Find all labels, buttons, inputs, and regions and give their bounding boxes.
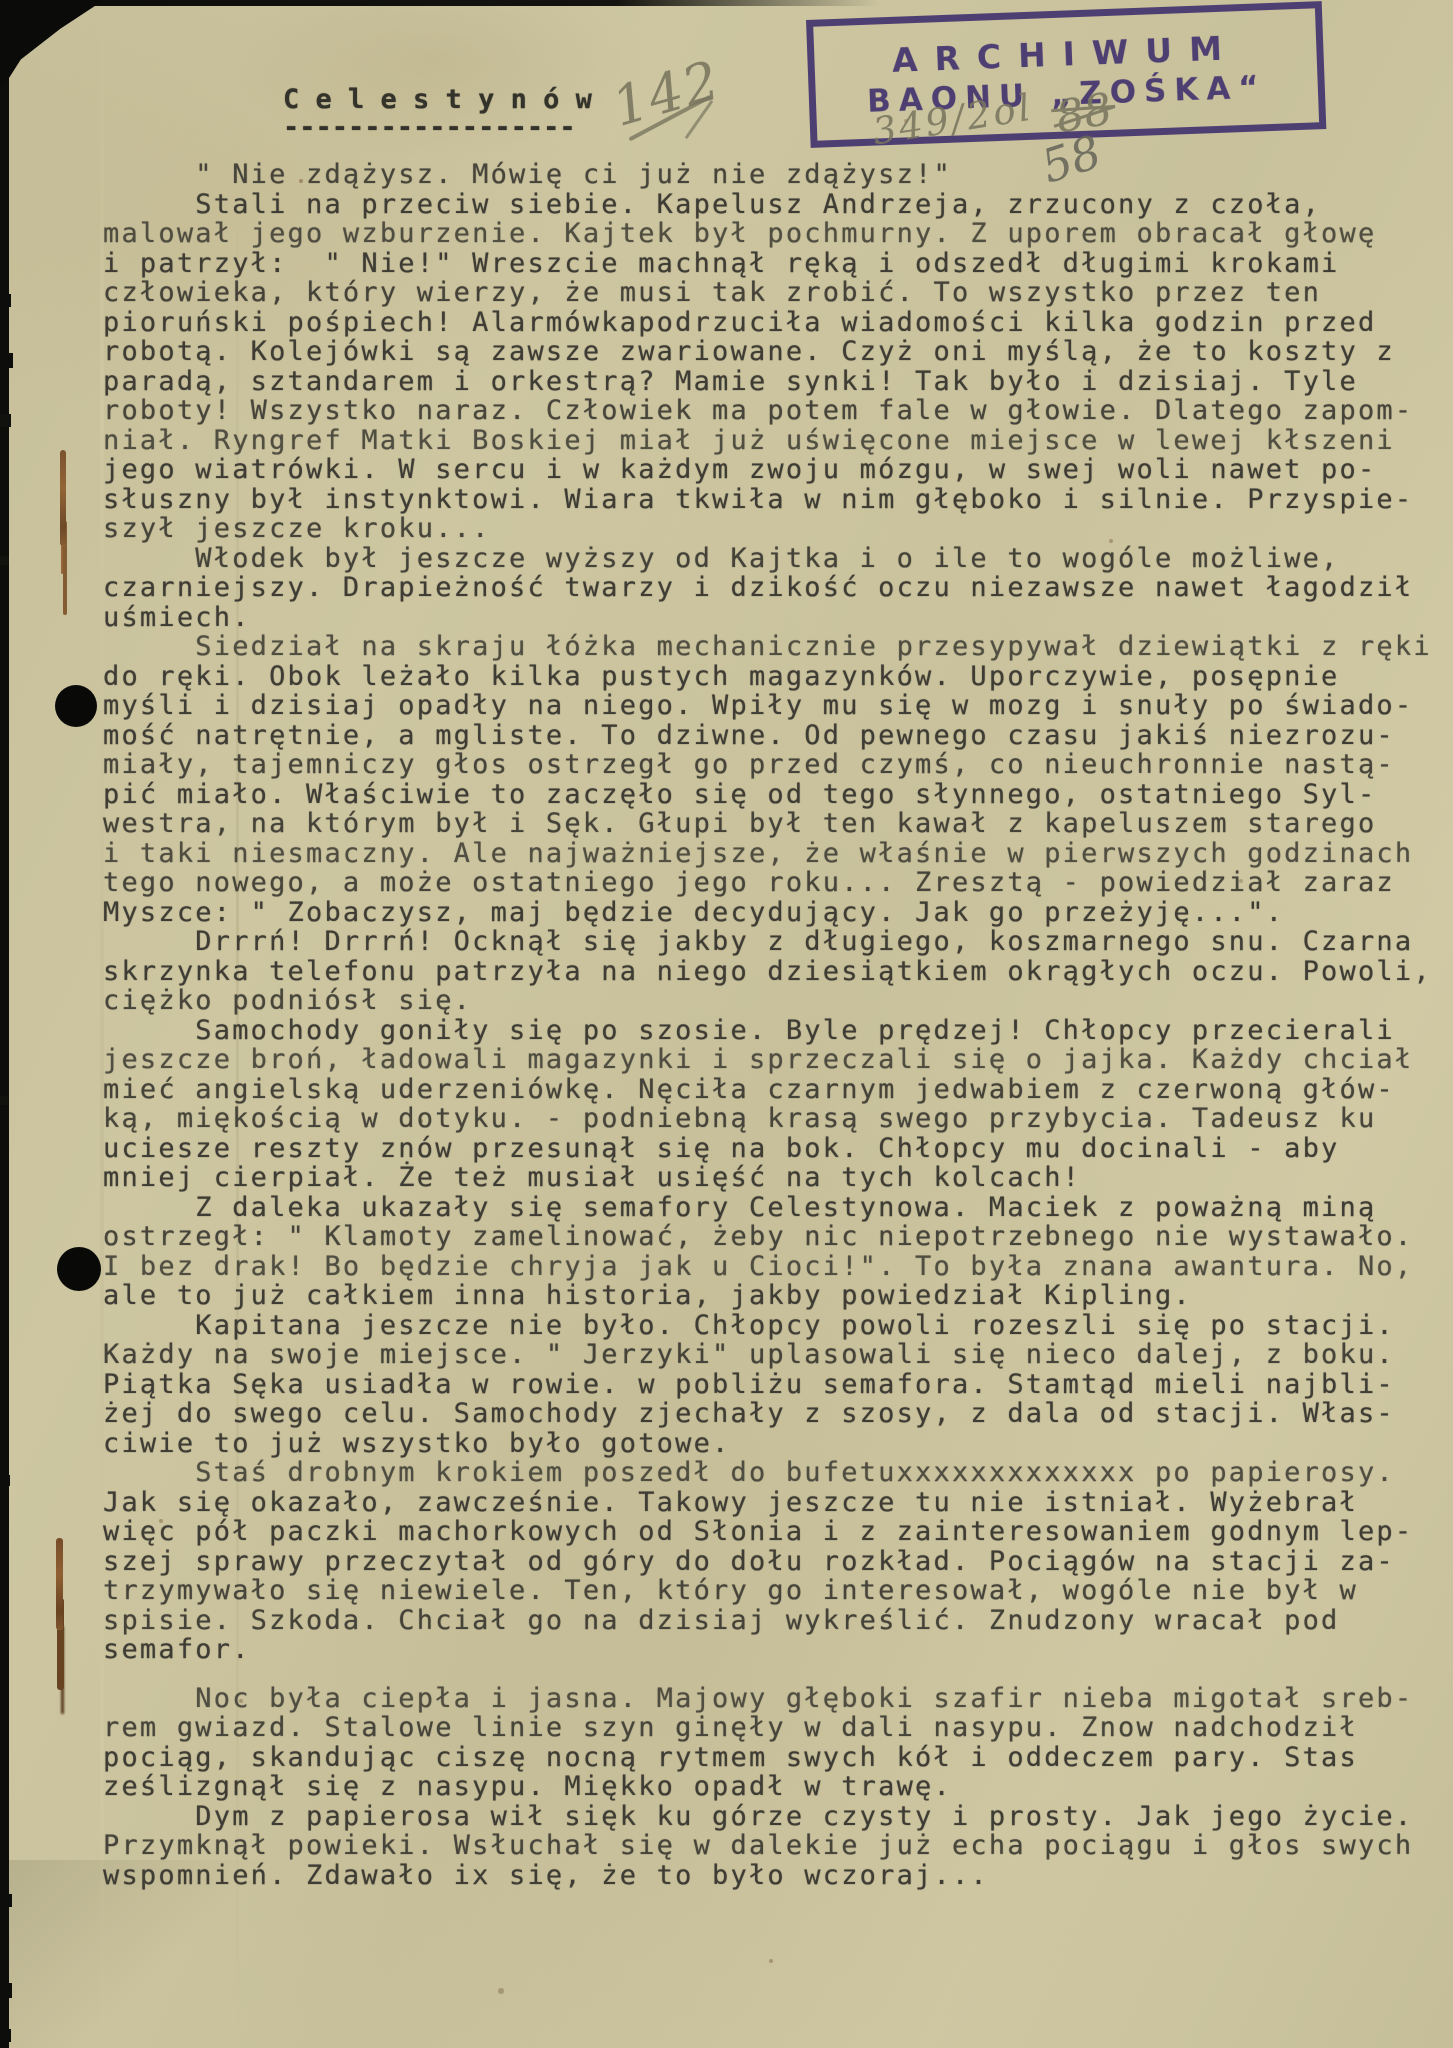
text-line: Stali na przeciw siebie. Kapelusz Andrze… bbox=[103, 190, 1453, 220]
text-line: jeszcze broń, ładowali magazynki i sprze… bbox=[103, 1045, 1453, 1075]
typewritten-body: " Nie zdążysz. Mówię ci już nie zdążysz!… bbox=[103, 160, 1453, 1890]
text-line: człowieka, który wierzy, że musi tak zro… bbox=[103, 278, 1453, 308]
text-line: mość natrętnie, a mgliste. To dziwne. Od… bbox=[103, 721, 1453, 751]
text-line: " Nie zdążysz. Mówię ci już nie zdążysz!… bbox=[103, 160, 1453, 190]
text-line: Włodek był jeszcze wyższy od Kajtka i o … bbox=[103, 544, 1453, 574]
text-line: skrzynka telefonu patrzyła na niego dzie… bbox=[103, 957, 1453, 987]
text-line: trzymywało się niewiele. Ten, który go i… bbox=[103, 1576, 1453, 1606]
punch-hole-mark-lower bbox=[57, 1247, 101, 1291]
text-line: i patrzył: " Nie!" Wreszcie machnął ręką… bbox=[103, 249, 1453, 279]
text-line: I bez drak! Bo będzie chryja jak u Cioci… bbox=[103, 1252, 1453, 1282]
text-line: westra, na którym był i Sęk. Głupi był t… bbox=[103, 809, 1453, 839]
text-line: Drrrń! Drrrń! Ocknął się jakby z długieg… bbox=[103, 927, 1453, 957]
text-line: Piątka Sęka usiadła w rowie. w pobliżu s… bbox=[103, 1370, 1453, 1400]
document-scan: ARCHIWUM BAONU „ZOŚKA“ 142 349/2ol 88 58… bbox=[0, 0, 1453, 2048]
text-line: Siedział na skraju łóżka mechanicznie pr… bbox=[103, 632, 1453, 662]
text-line: tego nowego, a może ostatniego jego roku… bbox=[103, 868, 1453, 898]
torn-corner-top-left bbox=[0, 0, 104, 96]
text-line: pociąg, skandując ciszę nocną rytmem swy… bbox=[103, 1743, 1453, 1773]
text-line: Myszce: " Zobaczysz, maj będzie decydują… bbox=[103, 898, 1453, 928]
text-line: ześlizgnął się z nasypu. Miękko opadł w … bbox=[103, 1772, 1453, 1802]
text-line: Z daleka ukazały się semafory Celestynow… bbox=[103, 1193, 1453, 1223]
punch-hole-mark-upper bbox=[55, 685, 97, 727]
text-line: więc pół paczki machorkowych od Słonia i… bbox=[103, 1517, 1453, 1547]
text-line: rem gwiazd. Stalowe linie szyn ginęły w … bbox=[103, 1713, 1453, 1743]
text-line: uśmiech. bbox=[103, 603, 1453, 633]
title-underline: ------------------ bbox=[283, 112, 576, 143]
text-line: ale to już całkiem inna historia, jakby … bbox=[103, 1281, 1453, 1311]
text-line: robotą. Kolejówki są zawsze zwariowane. … bbox=[103, 337, 1453, 367]
pencil-page-number: 142 bbox=[605, 48, 727, 139]
text-line: Samochody goniły się po szosie. Byle prę… bbox=[103, 1016, 1453, 1046]
text-line: Noc była ciepła i jasna. Majowy głęboki … bbox=[103, 1684, 1453, 1714]
text-line: mieć angielską uderzeniówkę. Nęciła czar… bbox=[103, 1075, 1453, 1105]
scan-edge-left bbox=[0, 0, 9, 2048]
text-line: ką, miękością w dotyku. - podniebną kras… bbox=[103, 1104, 1453, 1134]
text-line: spisie. Szkoda. Chciał go na dzisiaj wyk… bbox=[103, 1606, 1453, 1636]
text-line: szył jeszcze kroku... bbox=[103, 514, 1453, 544]
text-line: ciężko podniósł się. bbox=[103, 986, 1453, 1016]
text-line: jego wiatrówki. W sercu i w każdym zwoju… bbox=[103, 455, 1453, 485]
text-line: pić miało. Właściwie to zaczęło się od t… bbox=[103, 780, 1453, 810]
text-line: Jak się okazało, zawcześnie. Takowy jesz… bbox=[103, 1488, 1453, 1518]
text-line: szej sprawy przeczytał od góry do dołu r… bbox=[103, 1547, 1453, 1577]
text-line: i taki niesmaczny. Ale najważniejsze, że… bbox=[103, 839, 1453, 869]
rust-stain-upper bbox=[60, 450, 66, 546]
text-line: niał. Ryngref Matki Boskiej miał już uśw… bbox=[103, 426, 1453, 456]
text-line: ostrzegł: " Klamoty zamelinować, żeby ni… bbox=[103, 1222, 1453, 1252]
text-line: Kapitana jeszcze nie było. Chłopcy powol… bbox=[103, 1311, 1453, 1341]
text-line: Dym z papierosa wił sięk ku górze czysty… bbox=[103, 1802, 1453, 1832]
text-line: Każdy na swoje miejsce. " Jerzyki" uplas… bbox=[103, 1340, 1453, 1370]
text-line: żej do swego celu. Samochody zjechały z … bbox=[103, 1399, 1453, 1429]
text-line: mniej cierpiał. Że też musiał usięść na … bbox=[103, 1163, 1453, 1193]
text-line: semafor. bbox=[103, 1635, 1453, 1665]
text-line: ciwie to już wszystko było gotowe. bbox=[103, 1429, 1453, 1459]
text-line: malował jego wzburzenie. Kajtek był poch… bbox=[103, 219, 1453, 249]
text-line: czarniejszy. Drapieżność twarzy i dzikoś… bbox=[103, 573, 1453, 603]
document-title: C e l e s t y n ó w bbox=[283, 84, 592, 115]
text-line: słuszny był instynktowi. Wiara tkwiła w … bbox=[103, 485, 1453, 515]
text-line: wspomnień. Zdawało ix się, że to było wc… bbox=[103, 1861, 1453, 1891]
text-line: Przymknął powieki. Wsłuchał się w daleki… bbox=[103, 1831, 1453, 1861]
text-line: do ręki. Obok leżało kilka pustych magaz… bbox=[103, 662, 1453, 692]
scan-edge-top bbox=[0, 0, 880, 6]
text-line: Staś drobnym krokiem poszedł do bufetuxx… bbox=[103, 1458, 1453, 1488]
text-line: myśli i dzisiaj opadły na niego. Wpiły m… bbox=[103, 691, 1453, 721]
text-line: uciesze reszty znów przesunął się na bok… bbox=[103, 1134, 1453, 1164]
text-line: roboty! Wszystko naraz. Człowiek ma pote… bbox=[103, 396, 1453, 426]
text-line: paradą, sztandarem i orkestrą? Mamie syn… bbox=[103, 367, 1453, 397]
text-line: pioruński pośpiech! Alarmówkapodrzuciła … bbox=[103, 308, 1453, 338]
rust-stain-lower bbox=[56, 1538, 63, 1630]
text-line: miały, tajemniczy głos ostrzegł go przed… bbox=[103, 750, 1453, 780]
